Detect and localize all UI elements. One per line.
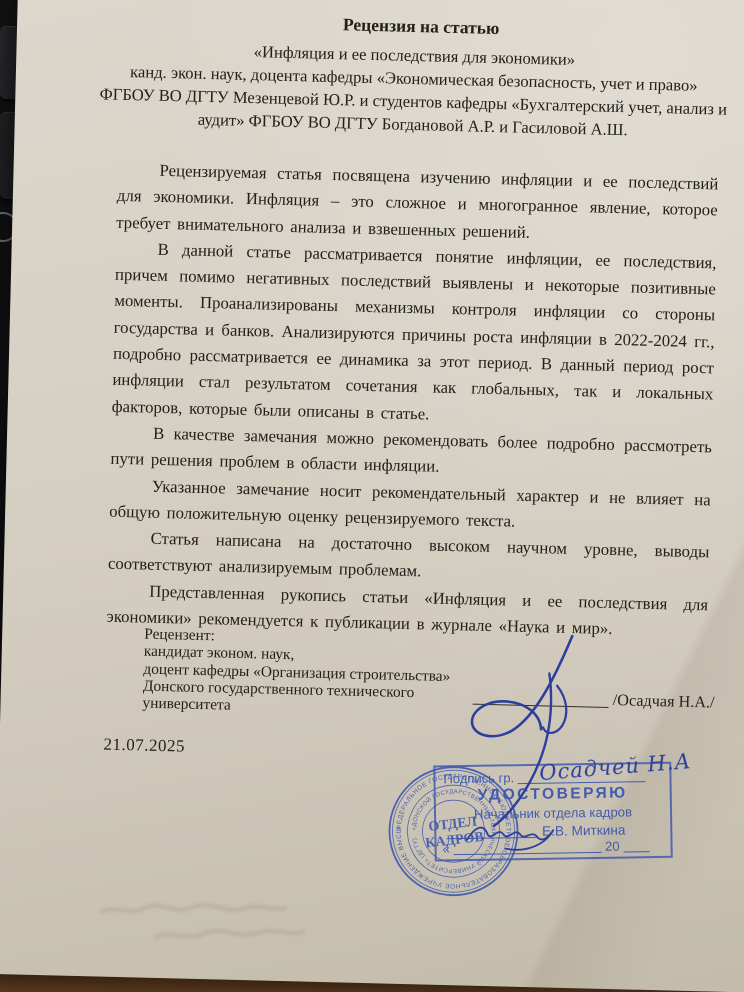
- paragraph: Указанное замечание носит рекомендательн…: [109, 472, 711, 539]
- reviewer-label: Рецензент:: [144, 626, 451, 651]
- reviewer-signature-name: /Осадчая Н.А./: [613, 691, 715, 711]
- stamp-certify-label: УДОСТОВЕРЯЮ: [436, 784, 670, 806]
- reviewer-line: Донского государственного технического: [143, 677, 450, 702]
- reviewer-line: кандидат эконом. наук,: [144, 643, 451, 668]
- reviewer-line: университета: [142, 695, 449, 720]
- paragraph: В данной статье рассматривается понятие …: [111, 236, 716, 435]
- stamp-date-row: « 20: [442, 838, 649, 856]
- document-page: Рецензия на статью «Инфляция и ее послед…: [0, 0, 744, 992]
- paragraph: Представленная рукопись статьи «Инфляция…: [106, 577, 708, 644]
- paragraph: В качестве замечания можно рекомендовать…: [110, 420, 712, 487]
- stamp-signature-of-label: Подпись гр.: [443, 770, 514, 786]
- stamp-year-rule: [623, 851, 649, 852]
- review-body: Рецензируемая статья посвящена изучению …: [106, 157, 718, 645]
- paragraph: Статья написана на достаточно высоком на…: [108, 525, 710, 592]
- reviewer-line: доцент кафедры «Организация строительств…: [143, 660, 450, 685]
- document-header: «Инфляция и ее последствия для экономики…: [89, 36, 739, 144]
- stamp-hr-head-signature-row: Е.В. Миткина: [446, 822, 625, 840]
- signature-line: /Осадчая Н.А./: [473, 688, 715, 713]
- reviewer-block: Рецензент: кандидат эконом. наук, доцент…: [142, 626, 451, 720]
- photo-of-document: F4 Рецензия на статью «Инфляция и ее пос…: [0, 0, 744, 992]
- reviewer-signature-loop: [543, 685, 567, 733]
- document-title: Рецензия на статью: [121, 9, 721, 45]
- paragraph: Рецензируемая статья посвящена изучению …: [116, 157, 719, 251]
- stamp-hr-head-name: Е.В. Миткина: [542, 822, 625, 838]
- document-date: 21.07.2025: [103, 735, 185, 757]
- signature-rule: [473, 704, 609, 708]
- header-line-article-title: «Инфляция и ее последствия для экономики…: [90, 36, 738, 75]
- stamp-year-prefix: 20: [605, 839, 620, 854]
- header-line-authors-2: аудит» ФГБОУ ВО ДГТУ Богдановой А.Р. и Г…: [89, 105, 737, 144]
- header-line-authors-1: ФГБОУ ВО ДГТУ Мезенцевой Ю.Р. и студенто…: [89, 82, 737, 121]
- stamp-hr-head-signature-rule: [446, 837, 538, 839]
- stamp-hr-head-label: Начальник отдела кадров: [436, 804, 670, 823]
- backside-show-through: [100, 902, 306, 941]
- reviewer-signature-stroke: [472, 634, 573, 738]
- stamp-date-rule: [454, 852, 602, 855]
- header-line-author-degree: канд. экон. наук, доцента кафедры «Эконо…: [90, 59, 738, 98]
- stamp-open-quote: «: [442, 841, 449, 856]
